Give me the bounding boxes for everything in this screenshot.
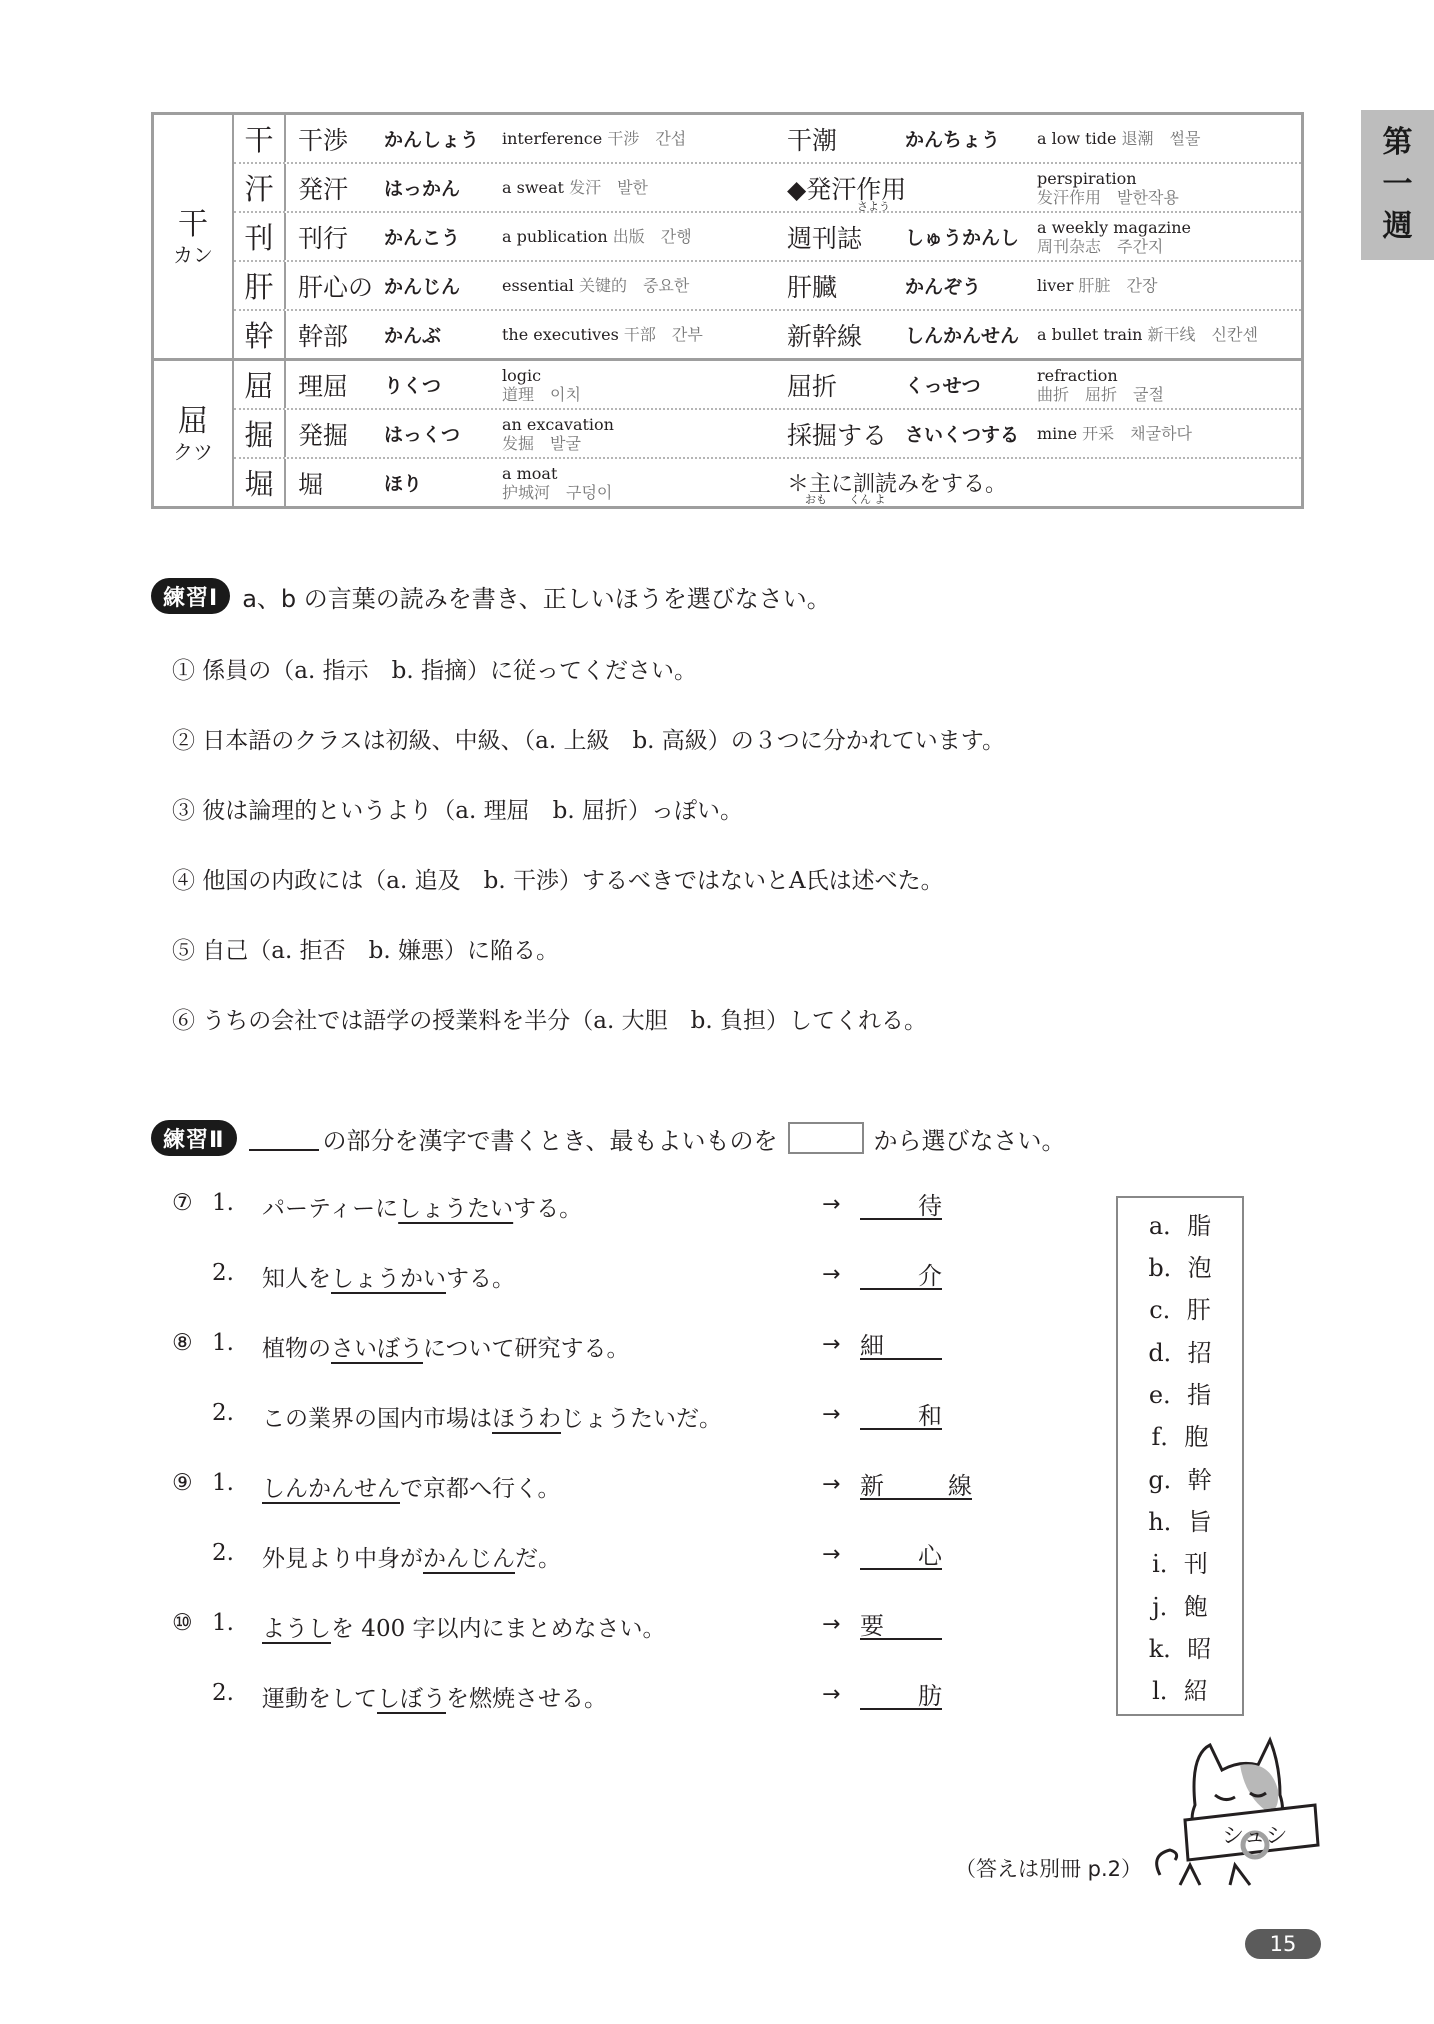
kanji-group: 屈 クツ 屈 理屈 りくつ logic道理 이치 屈折 くっせつ refract… — [154, 358, 1301, 506]
reading: はっかん — [384, 174, 502, 201]
kanji-group: 干 カン 干 干渉 かんしょう interference 干涉 간섭 干潮 かん… — [154, 115, 1301, 358]
chapter-tab-char: 週 — [1383, 206, 1413, 248]
group-kanji: 屈 — [178, 404, 208, 440]
row-kanji: 肝 — [234, 262, 286, 309]
choice-item: a．脂 — [1118, 1206, 1242, 1241]
exercise2-question: ⑧1. 植物のさいぼうについて研究する。 — [172, 1330, 972, 1363]
reading: りくつ — [384, 371, 502, 398]
exercise1-question: ③ 彼は論理的というより（a. 理屈 b. 屈折）っぽい。 — [172, 792, 743, 825]
reading: さいくつする — [905, 420, 1037, 447]
word: ◆発汗作用 さよう — [787, 170, 905, 206]
arrow-icon: → — [822, 1612, 840, 1637]
arrow-icon: → — [822, 1192, 840, 1217]
reading: しんかんせん — [905, 321, 1037, 348]
word: 週刊誌 — [787, 219, 905, 255]
choice-item: g．幹 — [1118, 1460, 1242, 1495]
exercise1-badge: 練習Ⅰ — [151, 578, 230, 614]
answers-note: （答えは別冊 p.2） — [955, 1853, 1142, 1883]
group-header: 干 カン — [154, 115, 234, 358]
exercise2-question: 2. 外見より中身がかんじんだ。 — [172, 1540, 972, 1573]
table-row: 汗 発汗 はっかん a sweat 发汗 발한 ◆発汗作用 さよう perspi… — [234, 162, 1301, 211]
meaning: essential 关键的 중요한 — [502, 276, 787, 295]
meaning: a weekly magazine周刊杂志 주간지 — [1037, 218, 1301, 256]
answer-field[interactable]: 肪 — [860, 1676, 942, 1710]
choice-item: k．昭 — [1118, 1629, 1242, 1664]
choices-box: a．脂 b．泡 c．肝 d．招 e．指 f．胞 g．幹 h．旨 i．刊 j．飽 … — [1116, 1196, 1244, 1716]
cat-mascot-icon: シュシ — [1140, 1735, 1320, 1899]
reading: くっせつ — [905, 371, 1037, 398]
table-row: 屈 理屈 りくつ logic道理 이치 屈折 くっせつ refraction曲折… — [234, 361, 1301, 408]
exercise1-instruction: a、b の言葉の読みを書き、正しいほうを選びなさい。 — [242, 579, 831, 614]
answer-field[interactable]: 待 — [860, 1186, 942, 1220]
exercise2-header: 練習Ⅱ の部分を漢字で書くとき、最もよいものを から選びなさい。 — [151, 1120, 1066, 1156]
table-row: 堀 堀 ほり a moat护城河 구덩이 ＊主に訓読みをする。 おも くん よ — [234, 457, 1301, 506]
kanji-table: 干 カン 干 干渉 かんしょう interference 干涉 간섭 干潮 かん… — [151, 112, 1304, 509]
meaning: interference 干涉 간섭 — [502, 129, 787, 148]
choice-item: c．肝 — [1118, 1290, 1242, 1325]
meaning: a low tide 退潮 썰물 — [1037, 129, 1301, 148]
choice-item: i．刊 — [1118, 1544, 1242, 1579]
row-kanji: 刊 — [234, 213, 286, 260]
group-reading: クツ — [173, 440, 213, 464]
group-reading: カン — [173, 243, 213, 267]
answer-field[interactable]: 細 — [860, 1326, 942, 1360]
row-kanji: 干 — [234, 115, 286, 162]
furigana: おも くん よ — [805, 491, 886, 507]
word: 干潮 — [787, 121, 905, 157]
exercise2-question: ⑩1. ようしを 400 字以内にまとめなさい。 — [172, 1610, 972, 1643]
reading: かんじん — [384, 272, 502, 299]
exercise1-question: ⑥ うちの会社では語学の授業料を半分（a. 大胆 b. 負担）してくれる。 — [172, 1002, 927, 1035]
reading: かんちょう — [905, 125, 1037, 152]
exercise1-question: ② 日本語のクラスは初級、中級、（a. 上級 b. 高級）の３つに分かれています… — [172, 722, 1005, 755]
arrow-icon: → — [822, 1332, 840, 1357]
word: 新幹線 — [787, 317, 905, 353]
row-kanji: 幹 — [234, 311, 286, 358]
meaning: a bullet train 新干线 신칸센 — [1037, 325, 1301, 344]
reading: かんこう — [384, 223, 502, 250]
word: 屈折 — [787, 367, 905, 403]
word: 発掘 — [286, 416, 384, 452]
meaning: liver 肝脏 간장 — [1037, 276, 1301, 295]
choice-item: l．紹 — [1118, 1671, 1242, 1706]
meaning: a moat护城河 구덩이 — [502, 464, 787, 502]
row-kanji: 堀 — [234, 459, 286, 506]
exercise2-question: ⑨1. しんかんせんで京都へ行く。 — [172, 1470, 972, 1503]
arrow-icon: → — [822, 1472, 840, 1497]
meaning: mine 开采 채굴하다 — [1037, 424, 1301, 443]
exercise1-question: ① 係員の（a. 指示 b. 指摘）に従ってください。 — [172, 652, 697, 685]
table-row: 刊 刊行 かんこう a publication 出版 간행 週刊誌 しゅうかんし… — [234, 211, 1301, 260]
answer-field[interactable]: 介 — [860, 1256, 942, 1290]
chapter-tab-char: 第 — [1383, 122, 1413, 164]
table-row: 肝 肝心の かんじん essential 关键的 중요한 肝臓 かんぞう liv… — [234, 260, 1301, 309]
meaning: an excavation发掘 발굴 — [502, 415, 787, 453]
row-kanji: 掘 — [234, 410, 286, 457]
table-row: 掘 発掘 はっくつ an excavation发掘 발굴 採掘する さいくつする… — [234, 408, 1301, 457]
word: 干渉 — [286, 121, 384, 157]
answer-field[interactable]: 和 — [860, 1396, 942, 1430]
word: 肝心の — [286, 268, 384, 304]
answer-field[interactable]: 心 — [860, 1536, 942, 1570]
reading: はっくつ — [384, 420, 502, 447]
exercise2-question: 2. 知人をしょうかいする。 — [172, 1260, 972, 1293]
meaning: the executives 干部 간부 — [502, 325, 787, 344]
meaning: refraction曲折 屈折 굴절 — [1037, 366, 1301, 404]
reading: ほり — [384, 469, 502, 496]
blank-line-sample — [249, 1125, 319, 1151]
reading: かんぞう — [905, 272, 1037, 299]
word: 堀 — [286, 465, 384, 501]
page-number: 15 — [1245, 1929, 1321, 1959]
chapter-tab-char: 一 — [1383, 164, 1413, 206]
exercise2-question: 2. 運動をしてしぼうを燃焼させる。 — [172, 1680, 972, 1713]
reading: かんぶ — [384, 321, 502, 348]
answer-field[interactable]: 要 — [860, 1606, 942, 1640]
meaning: a publication 出版 간행 — [502, 227, 787, 246]
arrow-icon: → — [822, 1542, 840, 1567]
table-row: 幹 幹部 かんぶ the executives 干部 간부 新幹線 しんかんせん… — [234, 309, 1301, 358]
choice-item: e．指 — [1118, 1375, 1242, 1410]
exercise2-badge: 練習Ⅱ — [151, 1120, 237, 1156]
choice-item: h．旨 — [1118, 1502, 1242, 1537]
word: 幹部 — [286, 317, 384, 353]
blank-box-sample — [788, 1122, 864, 1154]
choice-item: d．招 — [1118, 1333, 1242, 1368]
exercise2-instruction: の部分を漢字で書くとき、最もよいものを から選びなさい。 — [249, 1121, 1066, 1156]
arrow-icon: → — [822, 1682, 840, 1707]
meaning: perspiration发汗作用 발한작용 — [1037, 169, 1301, 207]
row-kanji: 屈 — [234, 361, 286, 408]
group-header: 屈 クツ — [154, 361, 234, 506]
answer-field[interactable]: 新線 — [860, 1466, 972, 1500]
word: 刊行 — [286, 219, 384, 255]
meaning: a sweat 发汗 발한 — [502, 178, 787, 197]
table-row: 干 干渉 かんしょう interference 干涉 간섭 干潮 かんちょう a… — [234, 115, 1301, 162]
choice-item: b．泡 — [1118, 1248, 1242, 1283]
furigana: さよう — [857, 198, 890, 214]
choice-item: j．飽 — [1118, 1587, 1242, 1622]
exercise1-question: ⑤ 自己（a. 拒否 b. 嫌悪）に陥る。 — [172, 932, 559, 965]
cat-sign-text: シュシ — [1222, 1824, 1288, 1849]
exercise2-question: 2. この業界の国内市場はほうわじょうたいだ。 — [172, 1400, 972, 1433]
reading: しゅうかんし — [905, 223, 1037, 250]
group-kanji: 干 — [178, 207, 208, 243]
choice-item: f．胞 — [1118, 1417, 1242, 1452]
word: 肝臓 — [787, 268, 905, 304]
reading: かんしょう — [384, 125, 502, 152]
exercise1-header: 練習Ⅰ a、b の言葉の読みを書き、正しいほうを選びなさい。 — [151, 578, 831, 614]
row-kanji: 汗 — [234, 164, 286, 211]
meaning: logic道理 이치 — [502, 366, 787, 404]
chapter-tab: 第 一 週 — [1361, 110, 1434, 260]
word: 発汗 — [286, 170, 384, 206]
exercise2-question: ⑦1. パーティーにしょうたいする。 — [172, 1190, 972, 1223]
reading-note: ＊主に訓読みをする。 おも くん よ — [787, 467, 1007, 498]
word: 理屈 — [286, 367, 384, 403]
arrow-icon: → — [822, 1402, 840, 1427]
exercise1-question: ④ 他国の内政には（a. 追及 b. 干渉）するべきではないとA氏は述べた。 — [172, 862, 944, 895]
arrow-icon: → — [822, 1262, 840, 1287]
word: 採掘する — [787, 416, 905, 452]
